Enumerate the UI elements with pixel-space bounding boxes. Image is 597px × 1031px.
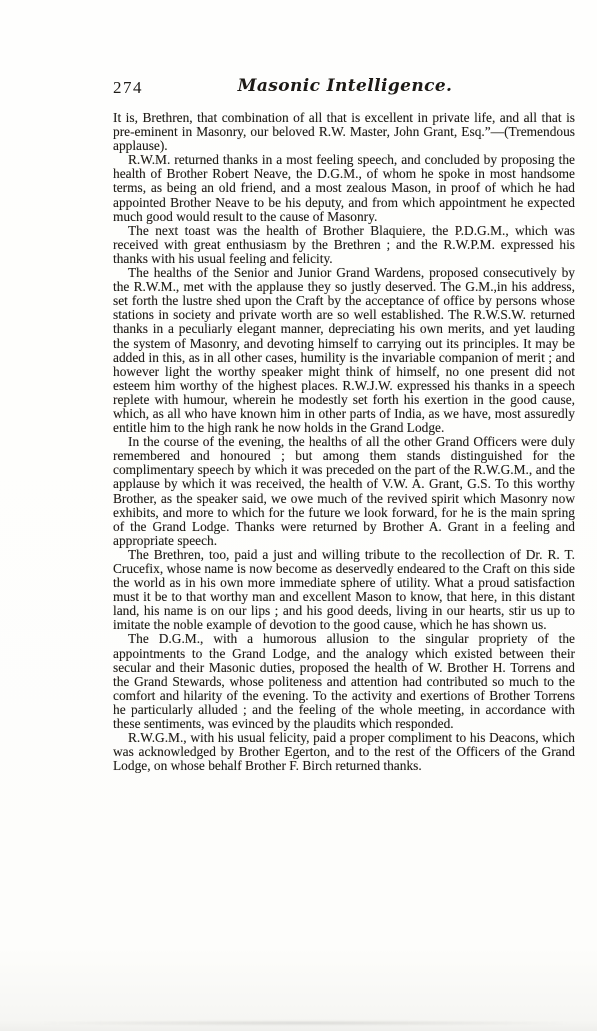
scanned-book-page: 274 Masonic Intelligence. It is, Brethre… [0, 0, 597, 1031]
paragraph-dgm-torrens-stewards: The D.G.M., with a humorous allusion to … [113, 632, 575, 731]
paragraph-grand-wardens: The healths of the Senior and Junior Gra… [113, 266, 575, 435]
page-header: 274 Masonic Intelligence. [113, 76, 575, 102]
running-title: Masonic Intelligence. [238, 76, 453, 96]
paragraph-rwgm-deacons-birch: R.W.G.M., with his usual felicity, paid … [113, 731, 575, 773]
page-number: 274 [113, 78, 143, 98]
paragraph-rwm-thanks-neave: R.W.M. returned thanks in a most feeling… [113, 153, 575, 223]
body-text-column: It is, Brethren, that combination of all… [113, 111, 575, 773]
paragraph-continuation-grant-toast: It is, Brethren, that combination of all… [113, 111, 575, 153]
scan-edge-artifact [40, 1021, 567, 1025]
paragraph-grand-officers-grant: In the course of the evening, the health… [113, 435, 575, 548]
paragraph-toast-blaquiere: The next toast was the health of Brother… [113, 224, 575, 266]
paragraph-crucefix-tribute: The Brethren, too, paid a just and willi… [113, 548, 575, 633]
